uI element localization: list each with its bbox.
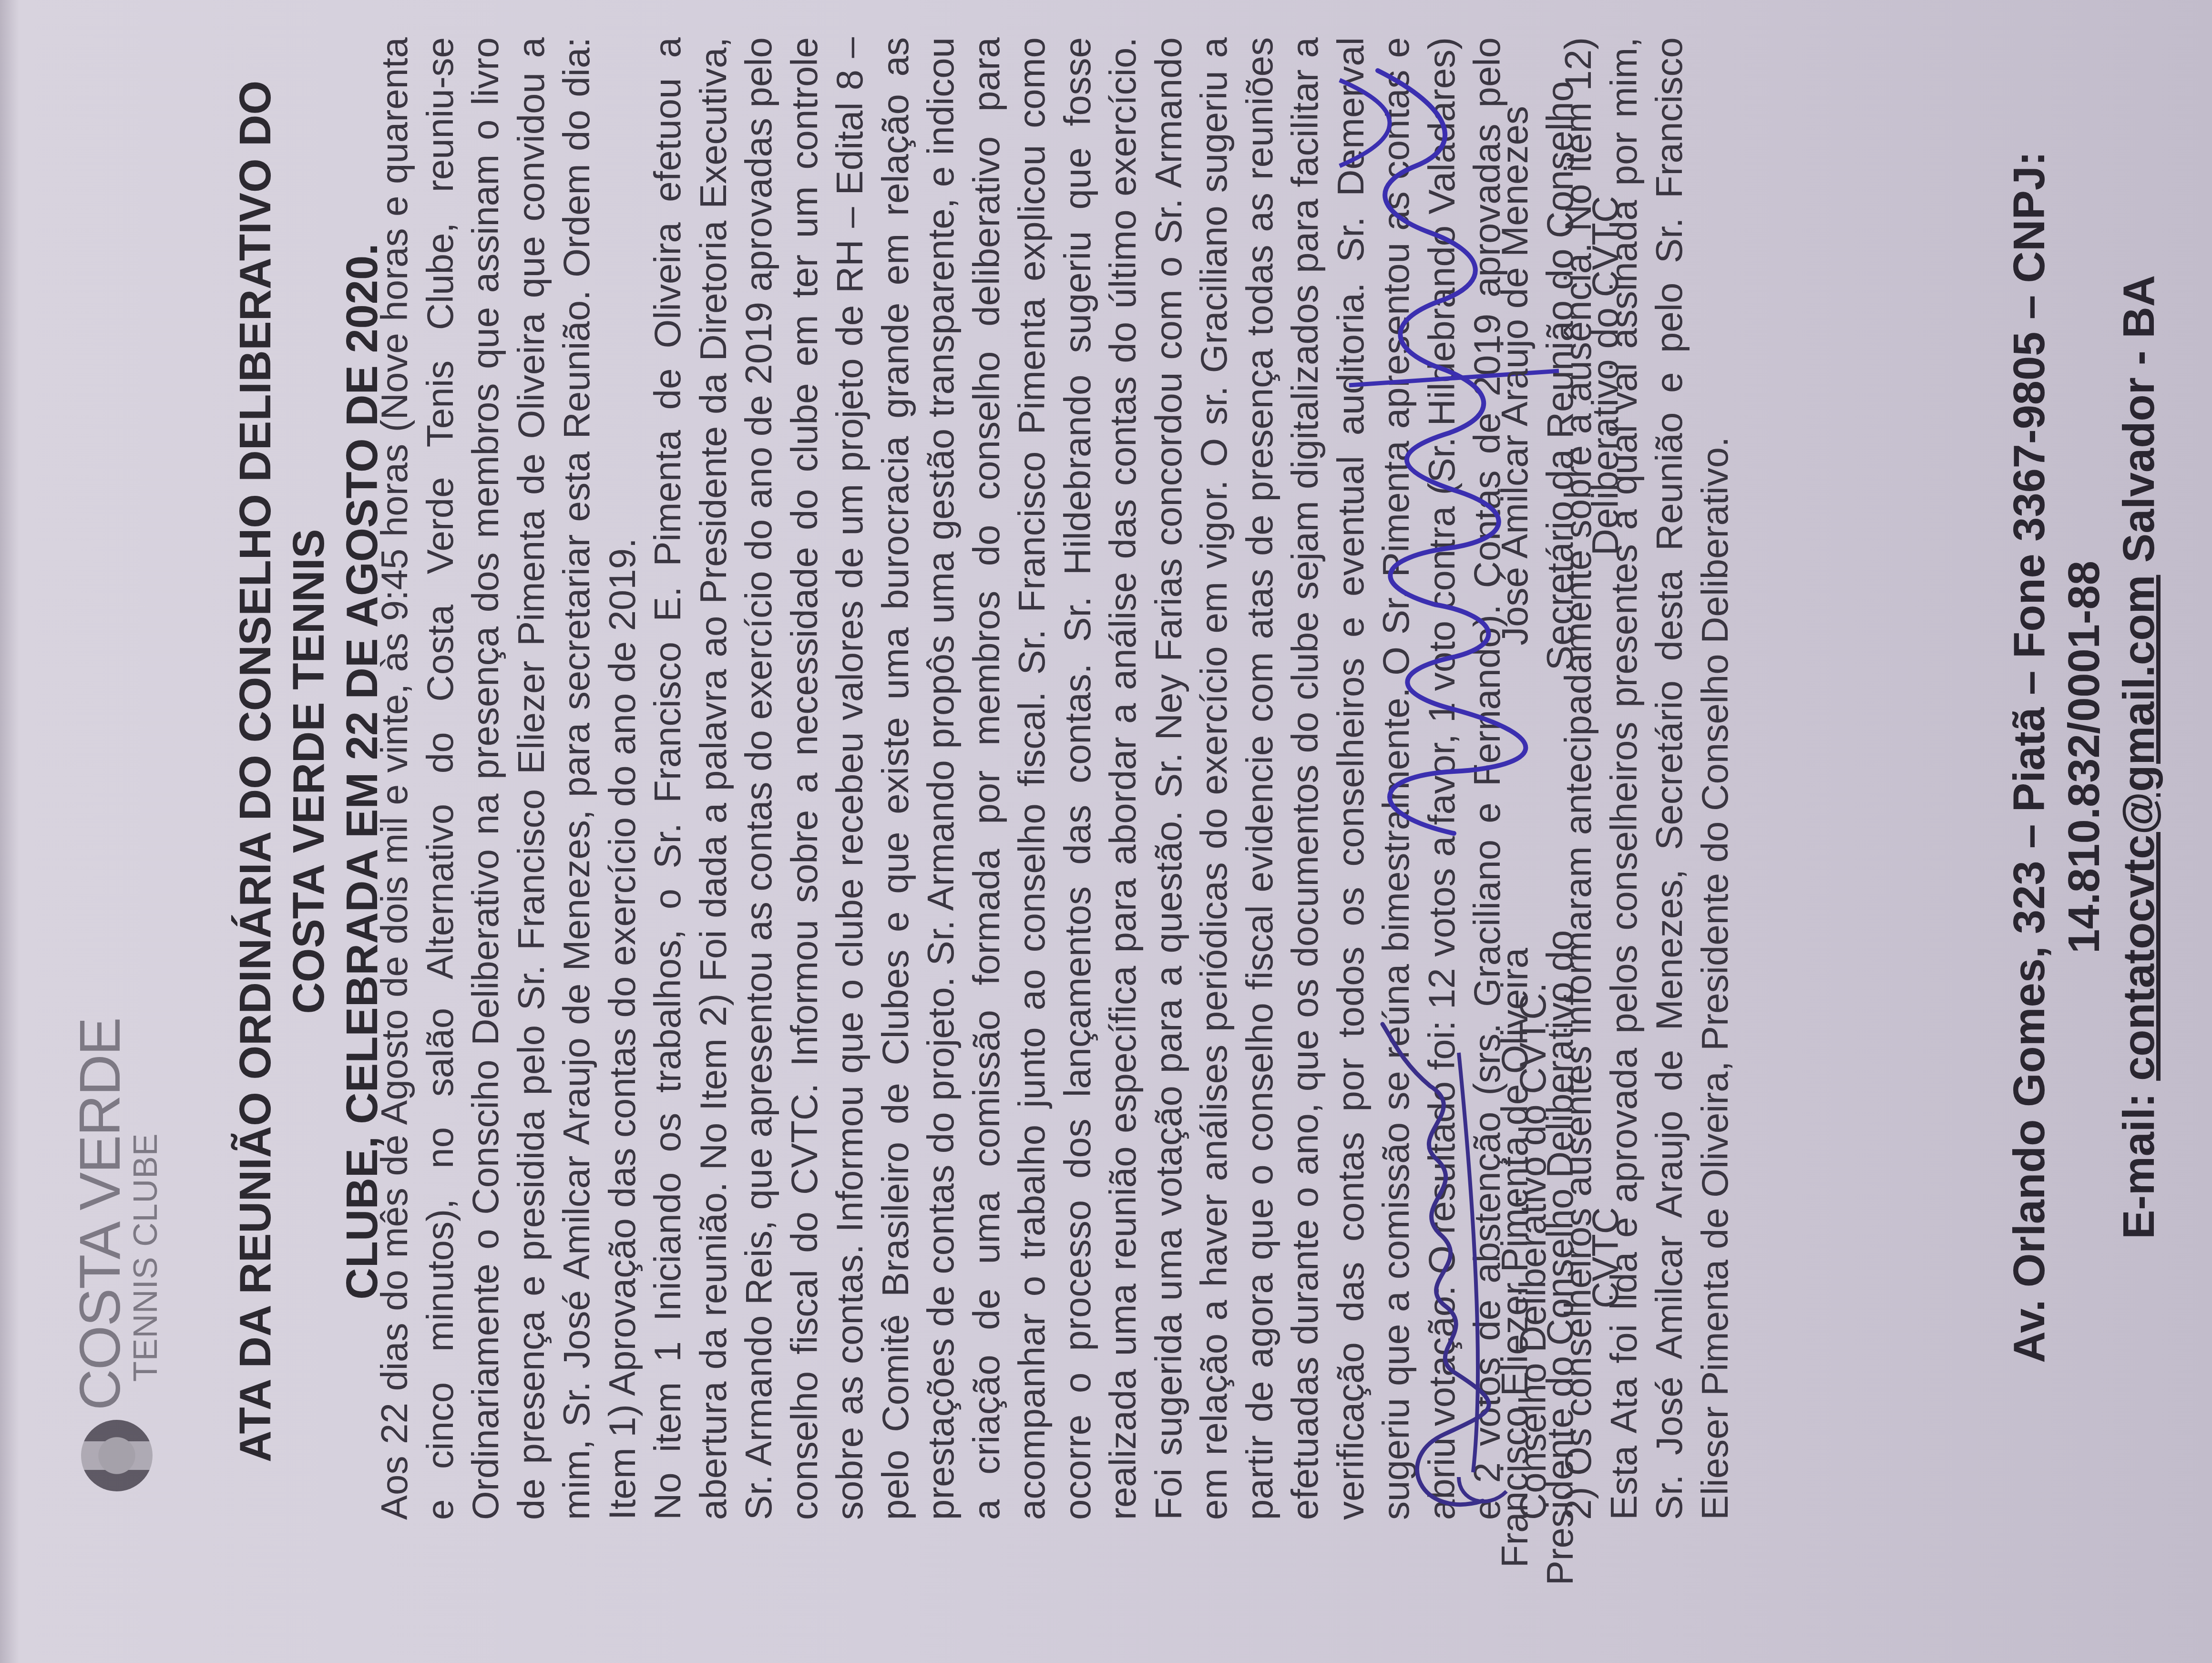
club-logo: COSTA VERDE TENNIS CLUBE: [72, 1018, 162, 1491]
document-page: COSTA VERDE TENNIS CLUBE ATA DA REUNIÃO …: [0, 0, 2212, 1663]
title-line-1: ATA DA REUNIÃO ORDINÁRIA DO CONSELHO DEL…: [229, 80, 336, 1463]
paragraph-items: No item 1 Iniciando os trabalhos, o Sr. …: [645, 37, 1556, 1520]
document-footer: Av. Orlando Gomes, 323 – Piatã – Fone 33…: [2002, 0, 2167, 1520]
document-title: ATA DA REUNIÃO ORDINÁRIA DO CONSELHO DEL…: [229, 80, 389, 1463]
signatory-name: Francisco Eliezer Pimenta de Oliveira: [1492, 900, 1537, 1615]
logo-text: COSTA VERDE TENNIS CLUBE: [72, 1018, 162, 1410]
footer-contact: E-mail: contatocvtc@gmail.com Salvador -…: [2112, 0, 2167, 1520]
footer-city: Salvador - BA: [2115, 275, 2163, 563]
tennis-ball-icon: [81, 1420, 153, 1491]
logo-title: COSTA VERDE: [72, 1018, 129, 1410]
signature-block-president: Francisco Eliezer Pimenta de Oliveira Pr…: [1492, 900, 1628, 1615]
signature-block-secretary: José Amilcar Araujo de Menezes Secretári…: [1492, 18, 1628, 733]
email-label: E-mail:: [2115, 1093, 2163, 1239]
signatory-name: José Amilcar Araujo de Menezes: [1492, 18, 1537, 733]
logo-subtitle: TENNIS CLUBE: [129, 1018, 162, 1382]
footer-address: Av. Orlando Gomes, 323 – Piatã – Fone 33…: [2002, 0, 2112, 1520]
signatory-role: Secretário da Reunião do Conselho Delibe…: [1537, 18, 1628, 733]
paragraph-opening: Aos 22 dias do mês de Agosto de dois mil…: [372, 37, 645, 1520]
signatory-role: Presidente do Conselho Deliberativo do C…: [1537, 900, 1628, 1615]
email-link[interactable]: contatocvtc@gmail.com: [2115, 575, 2163, 1081]
